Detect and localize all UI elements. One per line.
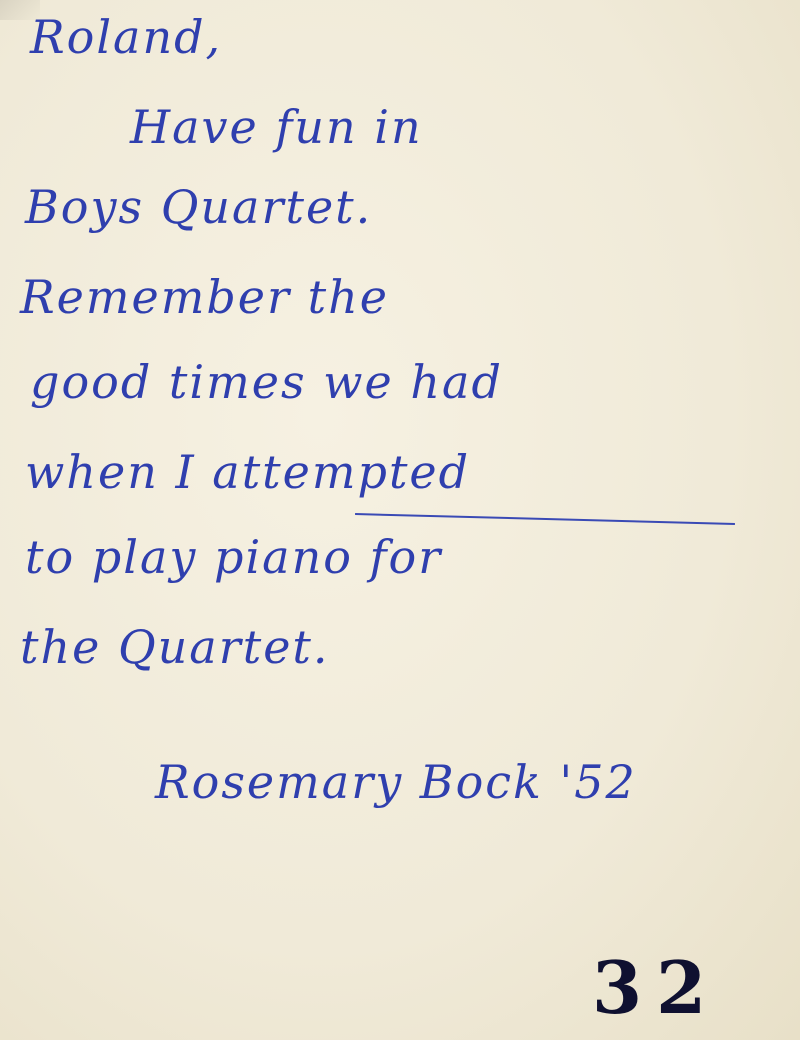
stamp-number: 32 bbox=[592, 945, 720, 1030]
note-line-1: Have fun in bbox=[130, 100, 423, 154]
note-line-6: to play piano for bbox=[25, 530, 442, 584]
note-line-7: the Quartet. bbox=[20, 620, 330, 674]
salutation: Roland, bbox=[30, 10, 222, 64]
note-line-5: when I attempted bbox=[25, 445, 470, 499]
note-line-3: Remember the bbox=[20, 270, 389, 324]
note-line-4: good times we had bbox=[30, 355, 503, 409]
underline-attempted bbox=[355, 513, 735, 525]
note-line-2: Boys Quartet. bbox=[25, 180, 372, 234]
signature: Rosemary Bock '52 bbox=[155, 755, 637, 809]
handwritten-card: Roland, Have fun in Boys Quartet. Rememb… bbox=[0, 0, 800, 1040]
